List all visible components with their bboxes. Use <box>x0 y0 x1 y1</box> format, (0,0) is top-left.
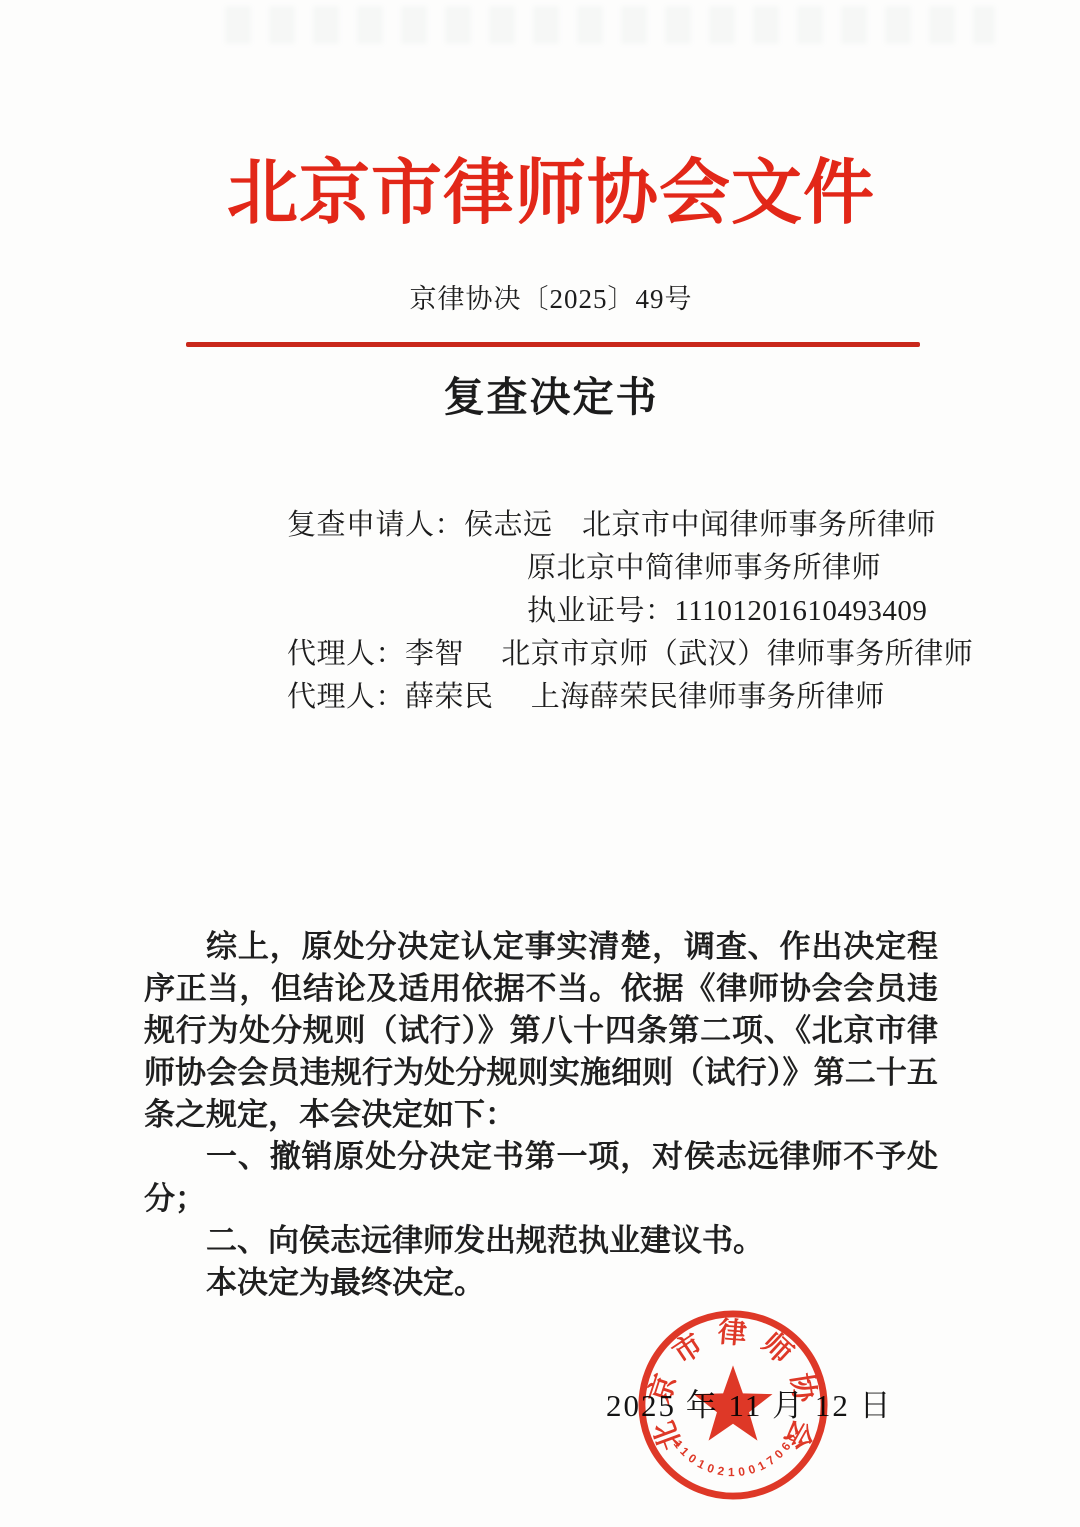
agent2-line: 代理人：薛荣民 上海薛荣民律师事务所律师 <box>287 676 973 719</box>
decision-closing: 本决定为最终决定。 <box>144 1262 938 1304</box>
official-seal: 北京市律师协会 11010210017060 <box>634 1306 832 1504</box>
seal-star-icon <box>693 1365 772 1440</box>
parties-block: 复查申请人：侯志远 北京市中闻律师事务所律师 原北京中简律师事务所律师 执业证号… <box>287 504 973 719</box>
decision-item-1: 一、撤销原处分决定书第一项，对侯志远律师不予处分； <box>144 1136 938 1220</box>
agent1-line: 代理人：李智 北京市京师（武汉）律师事务所律师 <box>287 633 973 676</box>
document-number: 京律协决〔2025〕49号 <box>11 277 1080 316</box>
red-header-divider <box>186 342 920 347</box>
license-number-line: 执业证号：11101201610493409 <box>287 590 973 633</box>
decision-body: 综上，原处分决定认定事实清楚，调查、作出决定程序正当，但结论及适用依据不当。依据… <box>144 926 938 1304</box>
document-title: 复查决定书 <box>11 364 1080 423</box>
applicant-line: 复查申请人：侯志远 北京市中闻律师事务所律师 <box>287 504 973 547</box>
decision-item-2: 二、向侯志远律师发出规范执业建议书。 <box>144 1220 938 1262</box>
document-page: 北京市律师协会文件 京律协决〔2025〕49号 复查决定书 复查申请人：侯志远 … <box>0 0 1080 1527</box>
decision-paragraph: 综上，原处分决定认定事实清楚，调查、作出决定程序正当，但结论及适用依据不当。依据… <box>144 926 938 1136</box>
top-bleed-through-ghost <box>225 6 995 44</box>
org-header-title: 北京市律师协会文件 <box>11 136 1080 238</box>
applicant-former-firm-line: 原北京中简律师事务所律师 <box>287 547 973 590</box>
